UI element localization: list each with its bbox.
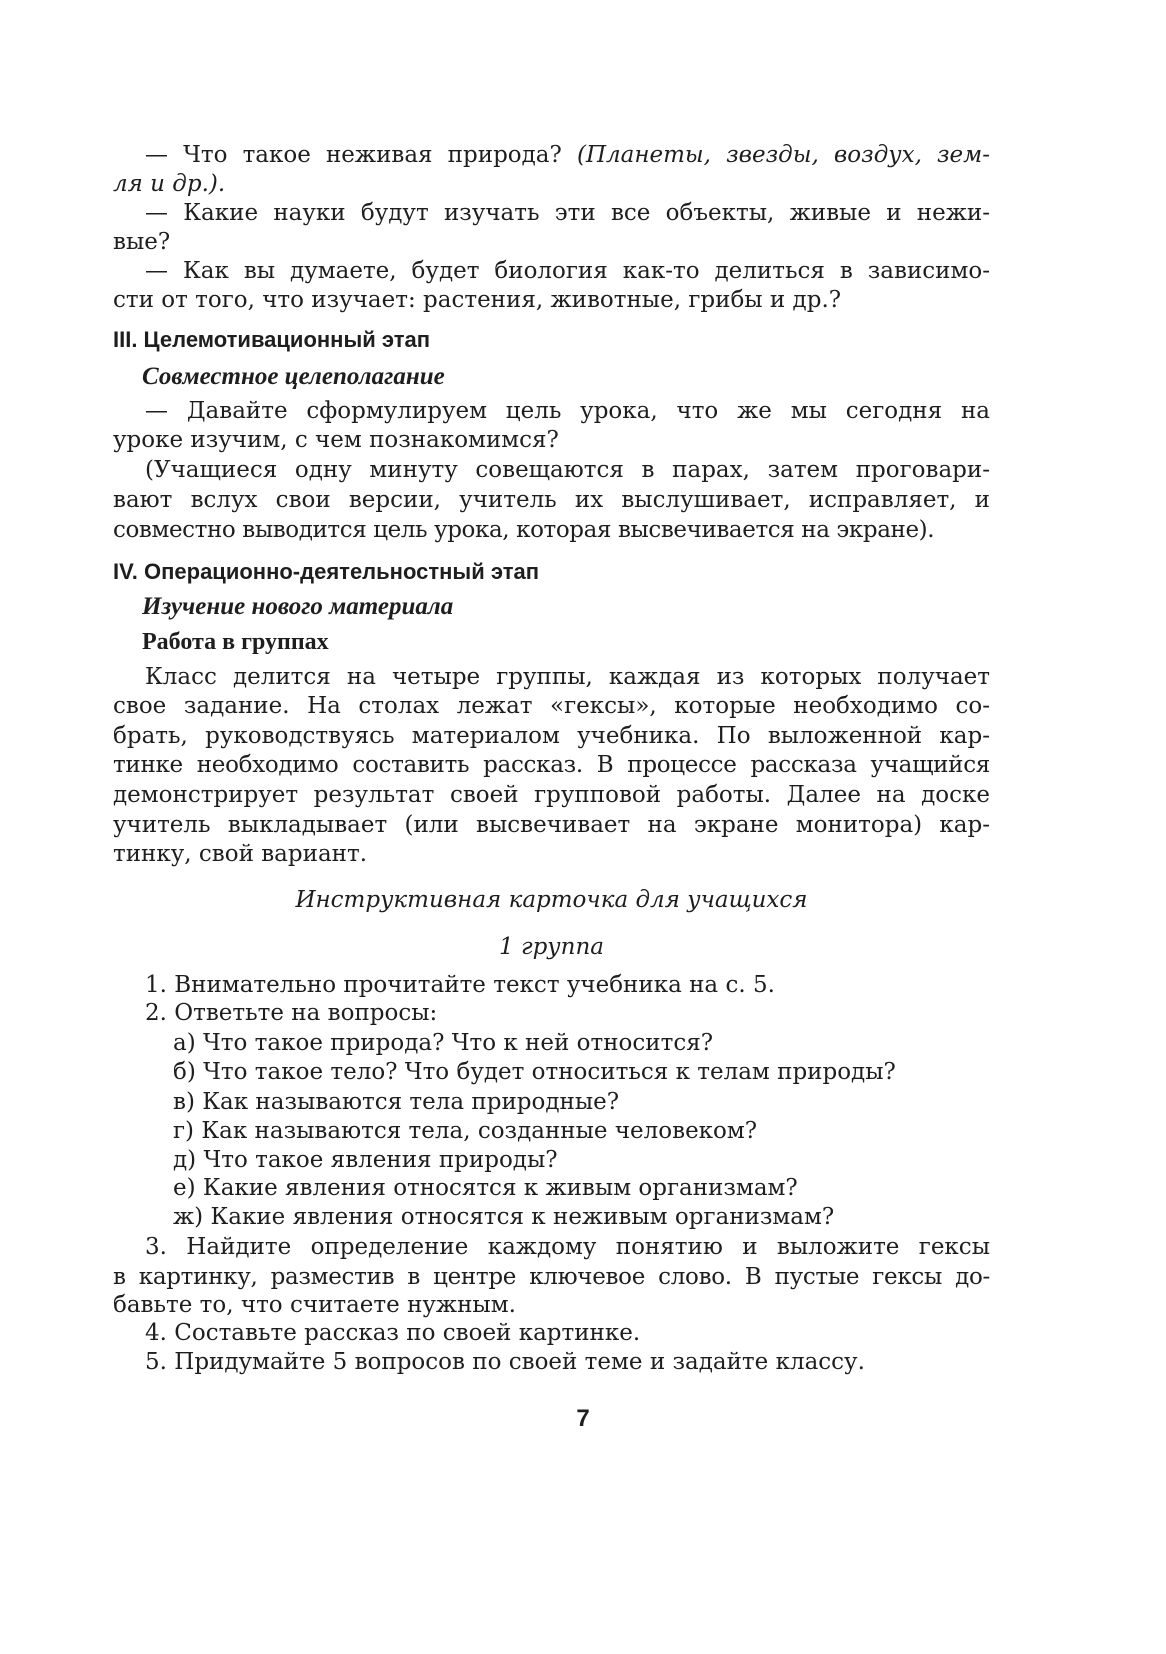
dialogue-line: вые?: [113, 227, 990, 257]
page-number: 7: [0, 1405, 1166, 1433]
card-title: Инструктивная карточка для учащихся: [113, 885, 990, 915]
document-page: — Что такое неживая природа? (Планеты, з…: [0, 0, 1166, 1654]
body-line: уроке изучим, с чем познакомимся?: [113, 425, 990, 455]
body-line: совместно выводится цель урока, которая …: [113, 515, 990, 545]
card-item: 3. Найдите определение каждому понятию и…: [145, 1232, 990, 1262]
body-line: (Учащиеся одну минуту совещаются в парах…: [145, 455, 990, 485]
card-subitem: а) Что такое природа? Что к ней относитс…: [173, 1028, 990, 1058]
section-subheading: Изучение нового материала: [142, 592, 1019, 622]
card-subitem: в) Как называются тела природные?: [173, 1087, 990, 1117]
body-line: демонстрирует результат своей групповой …: [113, 780, 990, 810]
card-subitem: г) Как называются тела, созданные челове…: [173, 1116, 990, 1146]
card-item: в картинку, разместив в центре ключевое …: [113, 1262, 990, 1292]
section-heading: IV. Операционно-деятельностный этап: [113, 557, 990, 587]
section-subsubheading: Работа в группах: [142, 627, 1019, 657]
dialogue-line: — Как вы думаете, будет биология как-то …: [145, 256, 990, 286]
card-subitem: ж) Какие явления относятся к неживым орг…: [173, 1202, 990, 1232]
dialogue-line: — Что такое неживая природа? (Планеты, з…: [145, 140, 990, 170]
dialogue-line: сти от того, что изучает: растения, живо…: [113, 285, 990, 315]
card-subitem: б) Что такое тело? Что будет относиться …: [173, 1057, 990, 1087]
card-item: 1. Внимательно прочитайте текст учебника…: [145, 970, 990, 1000]
card-subitem: д) Что такое явления природы?: [173, 1145, 990, 1175]
question-text: — Что такое неживая природа?: [145, 142, 577, 168]
body-line: брать, руководствуясь материалом учебник…: [113, 721, 990, 751]
body-line: учитель выкладывает (или высвечивает на …: [113, 810, 990, 840]
section-subheading: Совместное целеполагание: [142, 362, 1019, 392]
card-item: 2. Ответьте на вопросы:: [145, 998, 990, 1028]
card-item: бавьте то, что считаете нужным.: [113, 1290, 990, 1320]
card-group: 1 группа: [113, 932, 990, 962]
answer-italic: (Планеты, звезды, воздух, зем-: [577, 142, 990, 168]
body-line: тинку, свой вариант.: [113, 839, 990, 869]
body-line: — Давайте сформулируем цель урока, что ж…: [145, 396, 990, 426]
card-item: 4. Составьте рассказ по своей картинке.: [145, 1318, 990, 1348]
dialogue-line: — Какие науки будут изучать эти все объе…: [145, 198, 990, 228]
card-subitem: е) Какие явления относятся к живым орган…: [173, 1173, 990, 1203]
body-line: Класс делится на четыре группы, каждая и…: [145, 662, 990, 692]
body-line: тинке необходимо составить рассказ. В пр…: [113, 750, 990, 780]
body-line: вают вслух свои версии, учитель их выслу…: [113, 485, 990, 515]
section-heading: III. Целемотивационный этап: [113, 325, 990, 355]
body-line: свое задание. На столах лежат «гексы», к…: [113, 691, 990, 721]
dialogue-line: ля и др.).: [113, 169, 990, 199]
card-item: 5. Придумайте 5 вопросов по своей теме и…: [145, 1347, 990, 1377]
